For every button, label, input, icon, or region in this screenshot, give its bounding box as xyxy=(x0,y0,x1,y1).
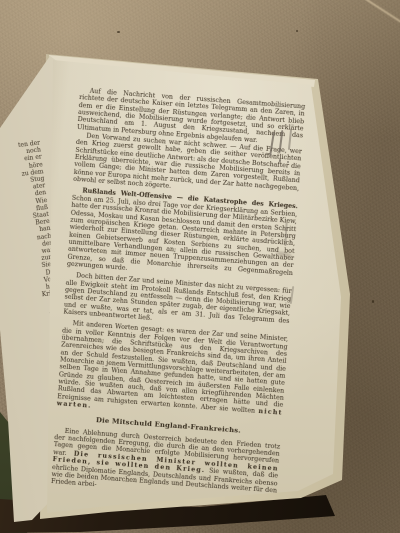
right-page-text-block: Auf die Nachricht von der russischen Ges… xyxy=(50,87,306,514)
photo-scene: ten der noch ein er höre zu dem Stug ate… xyxy=(0,0,400,533)
surface-speck xyxy=(296,30,298,32)
paragraph: Mit anderen Worten gesagt: es waren der … xyxy=(56,320,288,424)
paragraph-text: Mit anderen Worten gesagt: es waren der … xyxy=(57,320,288,414)
surface-speck xyxy=(372,300,374,303)
pencil-mark-dot xyxy=(287,161,289,163)
pencil-mark-dot xyxy=(279,159,281,162)
paragraph: Eine Ablehnung durch Oesterreich bedeute… xyxy=(51,427,281,502)
surface-speck xyxy=(117,31,120,33)
paragraph: Rußlands Welt-Offensive — die Katastroph… xyxy=(67,187,298,284)
